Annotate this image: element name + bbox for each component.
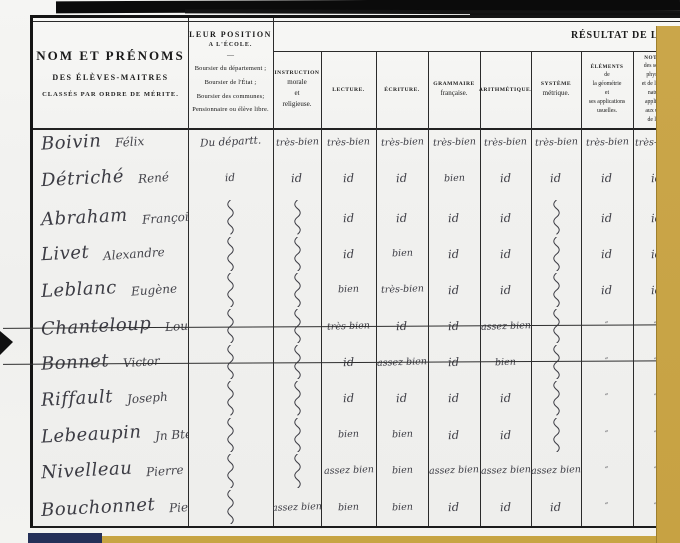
- names-column-header: NOM ET PRÉNOMS DES ÉLÈVES-MAITRES CLASSÉ…: [33, 18, 188, 128]
- pupil-surname: Nivelleau: [41, 458, 133, 484]
- pupil-surname: Détriché: [41, 166, 125, 191]
- register-row: BonnetVictoridassez bienidbien″″: [33, 345, 680, 381]
- grade-value: ″: [605, 393, 610, 403]
- grade-value: id: [500, 247, 512, 261]
- pupil-firstname: Pierre: [146, 463, 184, 480]
- pupil-surname: Livet: [40, 242, 89, 265]
- grade-column-header: LECTURE.: [321, 51, 376, 128]
- grade-value: très-bien: [534, 136, 577, 148]
- register-row: BoivinFélixDu départt.très-bientrès-bien…: [33, 128, 680, 164]
- pupil-firstname: François: [141, 209, 188, 227]
- grade-cell: très-bien: [376, 128, 428, 157]
- grade-column-header: INSTRUCTIONmoraleetreligieuse.: [273, 51, 321, 128]
- grade-cell: très-bien: [321, 309, 376, 343]
- grade-cell: id: [428, 418, 480, 452]
- pupil-name-cell: BouchonnetPierre: [33, 490, 188, 524]
- grade-value: bien: [391, 429, 412, 441]
- clipped-edge-cell: [33, 193, 188, 201]
- grade-cell: bien: [321, 490, 376, 524]
- grade-cell: bien: [321, 273, 376, 307]
- grade-cell: [531, 345, 581, 379]
- grade-cell: ″: [581, 454, 633, 488]
- grade-value: id: [291, 171, 303, 185]
- grade-column-subtitle: et: [294, 89, 299, 98]
- grade-value: très-bien: [275, 136, 318, 148]
- result-section-title: RÉSULTAT DE L'EXAMEN: [273, 18, 680, 51]
- grade-cell: id: [321, 164, 376, 193]
- grade-cell: id: [531, 490, 581, 524]
- names-header-title: NOM ET PRÉNOMS: [36, 48, 184, 64]
- grade-cell: id: [376, 200, 428, 234]
- grade-value: très-bien: [380, 284, 423, 296]
- grade-column-subtitle: usuelles.: [597, 108, 617, 115]
- grade-cell: id: [428, 490, 480, 524]
- grade-value: id: [500, 171, 512, 185]
- position-header-line-3: Boursier des communes;: [197, 92, 265, 103]
- pupil-surname: Bonnet: [40, 350, 109, 375]
- pupil-surname: Chanteloup: [41, 313, 152, 340]
- binding-edge-strip: [656, 26, 680, 543]
- grade-cell: très-bien: [581, 128, 633, 157]
- grade-value: id: [448, 283, 460, 297]
- pupil-name-cell: BoivinFélix: [33, 128, 188, 157]
- grade-value: assez bien: [323, 464, 373, 477]
- grade-value: bien: [338, 501, 359, 513]
- grade-column-subtitle: et: [605, 90, 609, 97]
- grade-value: très-bien: [327, 136, 370, 148]
- grade-cell: bien: [376, 490, 428, 524]
- grade-cell: ″: [581, 490, 633, 524]
- grade-value: bien: [338, 429, 359, 441]
- position-header-line-1: Boursier du département ;: [195, 64, 267, 75]
- grade-cell: bien: [428, 164, 480, 193]
- grade-value: id: [448, 247, 460, 261]
- grade-value: id: [500, 210, 512, 224]
- grade-cell: id: [428, 309, 480, 343]
- pupil-surname: Riffault: [40, 386, 113, 411]
- position-header-title: LEUR POSITION: [189, 30, 272, 39]
- position-cell: [188, 273, 273, 307]
- grade-cell: id: [428, 381, 480, 415]
- grade-cell: [531, 200, 581, 234]
- grade-cell: [531, 418, 581, 452]
- grade-cell: assez bien: [428, 454, 480, 488]
- pupil-firstname: Louis: [165, 318, 188, 334]
- grade-column-header: ÉLÉMENTSdela géométrieetses applications…: [581, 51, 633, 128]
- pupil-name-cell: LebeaupinJn Bte: [33, 418, 188, 452]
- grade-column-subtitle: religieuse.: [283, 100, 312, 109]
- binding-navy-corner: [28, 533, 102, 543]
- grade-value: id: [448, 427, 460, 441]
- register-row: ChanteloupLouistrès-bienididassez bien″″: [33, 309, 680, 345]
- grade-value: id: [396, 391, 408, 405]
- grade-column-header: ÉCRITURE.: [376, 51, 428, 128]
- grade-value: id: [500, 427, 512, 441]
- pupil-firstname: Jn Bte: [155, 426, 188, 443]
- grade-column-title: INSTRUCTION: [275, 70, 320, 76]
- pupil-name-cell: RiffaultJoseph: [33, 381, 188, 415]
- pupil-firstname: Félix: [115, 134, 145, 150]
- grade-column-title: SYSTÈME: [541, 81, 571, 87]
- grade-cell: id: [480, 381, 531, 415]
- pupil-firstname: Joseph: [127, 390, 169, 407]
- grade-value: ″: [605, 321, 610, 331]
- grade-cell: très-bien: [531, 128, 581, 157]
- pupil-name-cell: DétrichéRené: [33, 164, 188, 193]
- scan-artifact-triangle: [0, 331, 13, 355]
- grade-value: id: [550, 500, 562, 514]
- register-row: LivetAlexandreidbienidididid: [33, 237, 680, 273]
- grade-cell: bien: [376, 237, 428, 271]
- grade-value: id: [396, 171, 408, 185]
- grade-cell: id: [428, 200, 480, 234]
- grade-cell: id: [581, 273, 633, 307]
- position-cell: [188, 454, 273, 488]
- grade-cell: id: [376, 381, 428, 415]
- grade-cell: [273, 309, 321, 343]
- position-cell: [188, 309, 273, 343]
- grade-cell: id: [581, 164, 633, 193]
- grade-cell: bien: [480, 345, 531, 379]
- grade-cell: id: [273, 164, 321, 193]
- grade-cell: id: [428, 273, 480, 307]
- register-row: LeblancEugènebientrès-bienidididid: [33, 273, 680, 309]
- grade-value: id: [343, 171, 355, 185]
- grade-cell: [531, 309, 581, 343]
- grade-cell: ″: [581, 345, 633, 379]
- grade-value: bien: [443, 173, 464, 185]
- position-cell: [188, 200, 273, 234]
- grade-value: id: [448, 319, 460, 333]
- position-cell: [188, 418, 273, 452]
- grade-value: bien: [338, 284, 359, 296]
- grade-value: ″: [605, 466, 610, 476]
- grade-cell: id: [480, 418, 531, 452]
- grade-cell: [273, 273, 321, 307]
- pupil-name-cell: LivetAlexandre: [33, 237, 188, 271]
- grade-cell: [531, 381, 581, 415]
- grade-cell: ″: [581, 309, 633, 343]
- pupil-name-cell: BonnetVictor: [33, 345, 188, 379]
- grade-value: assez bien: [480, 464, 530, 477]
- grade-value: id: [500, 391, 512, 405]
- position-value: Du départt.: [200, 135, 262, 150]
- pupil-name-cell: ChanteloupLouis: [33, 309, 188, 343]
- grade-value: id: [343, 391, 355, 405]
- grade-value: très-bien: [327, 320, 370, 332]
- grade-cell: assez bien: [480, 309, 531, 343]
- position-header-line-4: Pensionnaire ou élève libre.: [192, 105, 269, 116]
- pupil-surname: Lebeaupin: [41, 422, 142, 448]
- grade-column-title: LECTURE.: [332, 87, 364, 93]
- grade-column-header: ARITHMÉTIQUE.: [480, 51, 531, 128]
- grade-value: assez bien: [273, 501, 321, 514]
- register-row: NivelleauPierreassez bienbienassez biena…: [33, 454, 680, 490]
- grade-cell: ″: [581, 418, 633, 452]
- grade-cell: id: [376, 309, 428, 343]
- grade-column-title: ÉLÉMENTS: [591, 64, 624, 70]
- grade-cell: id: [376, 164, 428, 193]
- grade-value: id: [343, 210, 355, 224]
- grade-value: assez bien: [377, 356, 427, 369]
- names-header-note: CLASSÉS PAR ORDRE DE MÉRITE.: [42, 91, 179, 98]
- position-cell: Du départt.: [188, 128, 273, 157]
- grade-cell: très-bien: [321, 128, 376, 157]
- grade-cell: très-bien: [376, 273, 428, 307]
- grade-cell: [273, 200, 321, 234]
- pupil-firstname: Pierre: [169, 499, 188, 516]
- register-rows: BoivinFélixDu départt.très-bientrès-bien…: [33, 128, 680, 526]
- grade-cell: id: [480, 164, 531, 193]
- grade-value: ″: [605, 357, 610, 367]
- binding-bottom-strip: [96, 536, 680, 543]
- grade-value: bien: [391, 248, 412, 260]
- pupil-name-cell: NivelleauPierre: [33, 454, 188, 488]
- grade-cell: [531, 237, 581, 271]
- grade-value: très-bien: [585, 136, 628, 148]
- grade-value: id: [500, 500, 512, 514]
- grade-value: id: [343, 247, 355, 261]
- grade-column-subtitle: française.: [440, 89, 467, 98]
- grade-cell: très-bien: [480, 128, 531, 157]
- grade-column-subtitle: métrique.: [543, 89, 570, 98]
- grade-column-title: ÉCRITURE.: [384, 87, 419, 93]
- grade-cell: assez bien: [321, 454, 376, 488]
- position-header-subtitle: A L'ÉCOLE.: [209, 42, 253, 48]
- pupil-firstname: René: [138, 170, 170, 186]
- grade-cell: bien: [376, 454, 428, 488]
- grade-cell: assez bien: [273, 490, 321, 524]
- pupil-surname: Abraham: [41, 205, 129, 231]
- register-row: BouchonnetPierreassez bienbienbienididid…: [33, 490, 680, 526]
- grade-cell: id: [321, 381, 376, 415]
- grade-value: id: [448, 391, 460, 405]
- grade-value: bien: [391, 465, 412, 477]
- register-row: RiffaultJosephidididid″″: [33, 381, 680, 417]
- grade-value: assez bien: [531, 464, 581, 477]
- grade-cell: [273, 345, 321, 379]
- position-cell: [188, 345, 273, 379]
- pupil-name-cell: LeblancEugène: [33, 273, 188, 307]
- grade-column-title: ARITHMÉTIQUE.: [479, 87, 532, 93]
- grade-cell: [531, 273, 581, 307]
- grade-column-subtitle: la géométrie: [593, 81, 622, 88]
- pupil-firstname: Eugène: [130, 281, 177, 298]
- position-cell: [188, 490, 273, 524]
- grade-column-header: SYSTÈMEmétrique.: [531, 51, 581, 128]
- grade-value: très-bien: [432, 136, 475, 148]
- grade-cell: id: [321, 345, 376, 379]
- grade-cell: id: [480, 490, 531, 524]
- grade-cell: id: [581, 237, 633, 271]
- grade-cell: [273, 237, 321, 271]
- pupil-name-cell: AbrahamFrançois: [33, 200, 188, 234]
- pupil-surname: Bouchonnet: [41, 494, 156, 521]
- grade-value: très-bien: [484, 136, 527, 148]
- register-row: AbrahamFrançoisidididididid: [33, 200, 680, 236]
- grade-cell: id: [581, 200, 633, 234]
- grade-value: id: [448, 355, 460, 369]
- grade-value: id: [396, 319, 408, 333]
- clipped-edge-cell: [33, 524, 188, 526]
- pupil-surname: Boivin: [40, 130, 101, 154]
- position-cell: id: [188, 164, 273, 193]
- scanned-register-page: NOM ET PRÉNOMS DES ÉLÈVES-MAITRES CLASSÉ…: [0, 0, 680, 543]
- grade-cell: id: [480, 273, 531, 307]
- register-table: NOM ET PRÉNOMS DES ÉLÈVES-MAITRES CLASSÉ…: [30, 15, 680, 528]
- grade-cell: id: [428, 345, 480, 379]
- grade-cell: assez bien: [531, 454, 581, 488]
- grade-column-subtitle: ses applications: [589, 99, 626, 106]
- grade-column-title: GRAMMAIRE: [433, 81, 474, 87]
- position-value: id: [225, 172, 236, 185]
- grade-cell: bien: [321, 418, 376, 452]
- grade-column-subtitle: de: [604, 72, 609, 79]
- clipped-edge-cell: [33, 157, 188, 165]
- names-header-subtitle: DES ÉLÈVES-MAITRES: [52, 73, 168, 82]
- grade-value: assez bien: [429, 464, 479, 477]
- grade-cell: id: [428, 237, 480, 271]
- register-row: DétrichéRenéididididbienidididid: [33, 164, 680, 200]
- grade-value: id: [601, 283, 613, 297]
- grade-cell: [273, 381, 321, 415]
- grade-cell: très-bien: [273, 128, 321, 157]
- grade-cell: id: [531, 164, 581, 193]
- position-cell: [188, 381, 273, 415]
- grade-cell: assez bien: [480, 454, 531, 488]
- grade-column-subtitle: morale: [287, 78, 306, 87]
- grade-value: bien: [391, 501, 412, 513]
- grade-value: très-bien: [380, 136, 423, 148]
- grade-cell: bien: [376, 418, 428, 452]
- grade-value: id: [550, 171, 562, 185]
- grade-column-header: GRAMMAIREfrançaise.: [428, 51, 480, 128]
- grade-value: assez bien: [480, 320, 530, 333]
- grade-value: id: [448, 210, 460, 224]
- grade-value: ″: [605, 502, 610, 512]
- grade-cell: très-bien: [428, 128, 480, 157]
- grade-value: id: [601, 247, 613, 261]
- position-header-dash: —: [227, 53, 234, 57]
- position-cell: [188, 237, 273, 271]
- grade-value: id: [448, 500, 460, 514]
- grade-cell: [273, 418, 321, 452]
- grade-value: id: [601, 210, 613, 224]
- position-column-header: LEUR POSITION A L'ÉCOLE. — Boursier du d…: [188, 18, 273, 128]
- pupil-firstname: Victor: [123, 354, 161, 371]
- position-header-line-2: Boursier de l'État ;: [205, 78, 257, 89]
- grade-value: id: [601, 171, 613, 185]
- grade-value: ″: [605, 430, 610, 440]
- grade-value: id: [343, 355, 355, 369]
- pupil-firstname: Alexandre: [103, 245, 166, 263]
- grade-cell: assez bien: [376, 345, 428, 379]
- grade-value: bien: [495, 356, 516, 368]
- grade-value: id: [396, 210, 408, 224]
- grade-cell: id: [321, 200, 376, 234]
- grade-cell: ″: [581, 381, 633, 415]
- pupil-surname: Leblanc: [41, 277, 118, 302]
- grade-cell: id: [480, 237, 531, 271]
- grade-cell: [273, 454, 321, 488]
- register-row: LebeaupinJn Btebienbienidid″″: [33, 418, 680, 454]
- grade-cell: id: [321, 237, 376, 271]
- grade-value: id: [500, 283, 512, 297]
- grade-cell: id: [480, 200, 531, 234]
